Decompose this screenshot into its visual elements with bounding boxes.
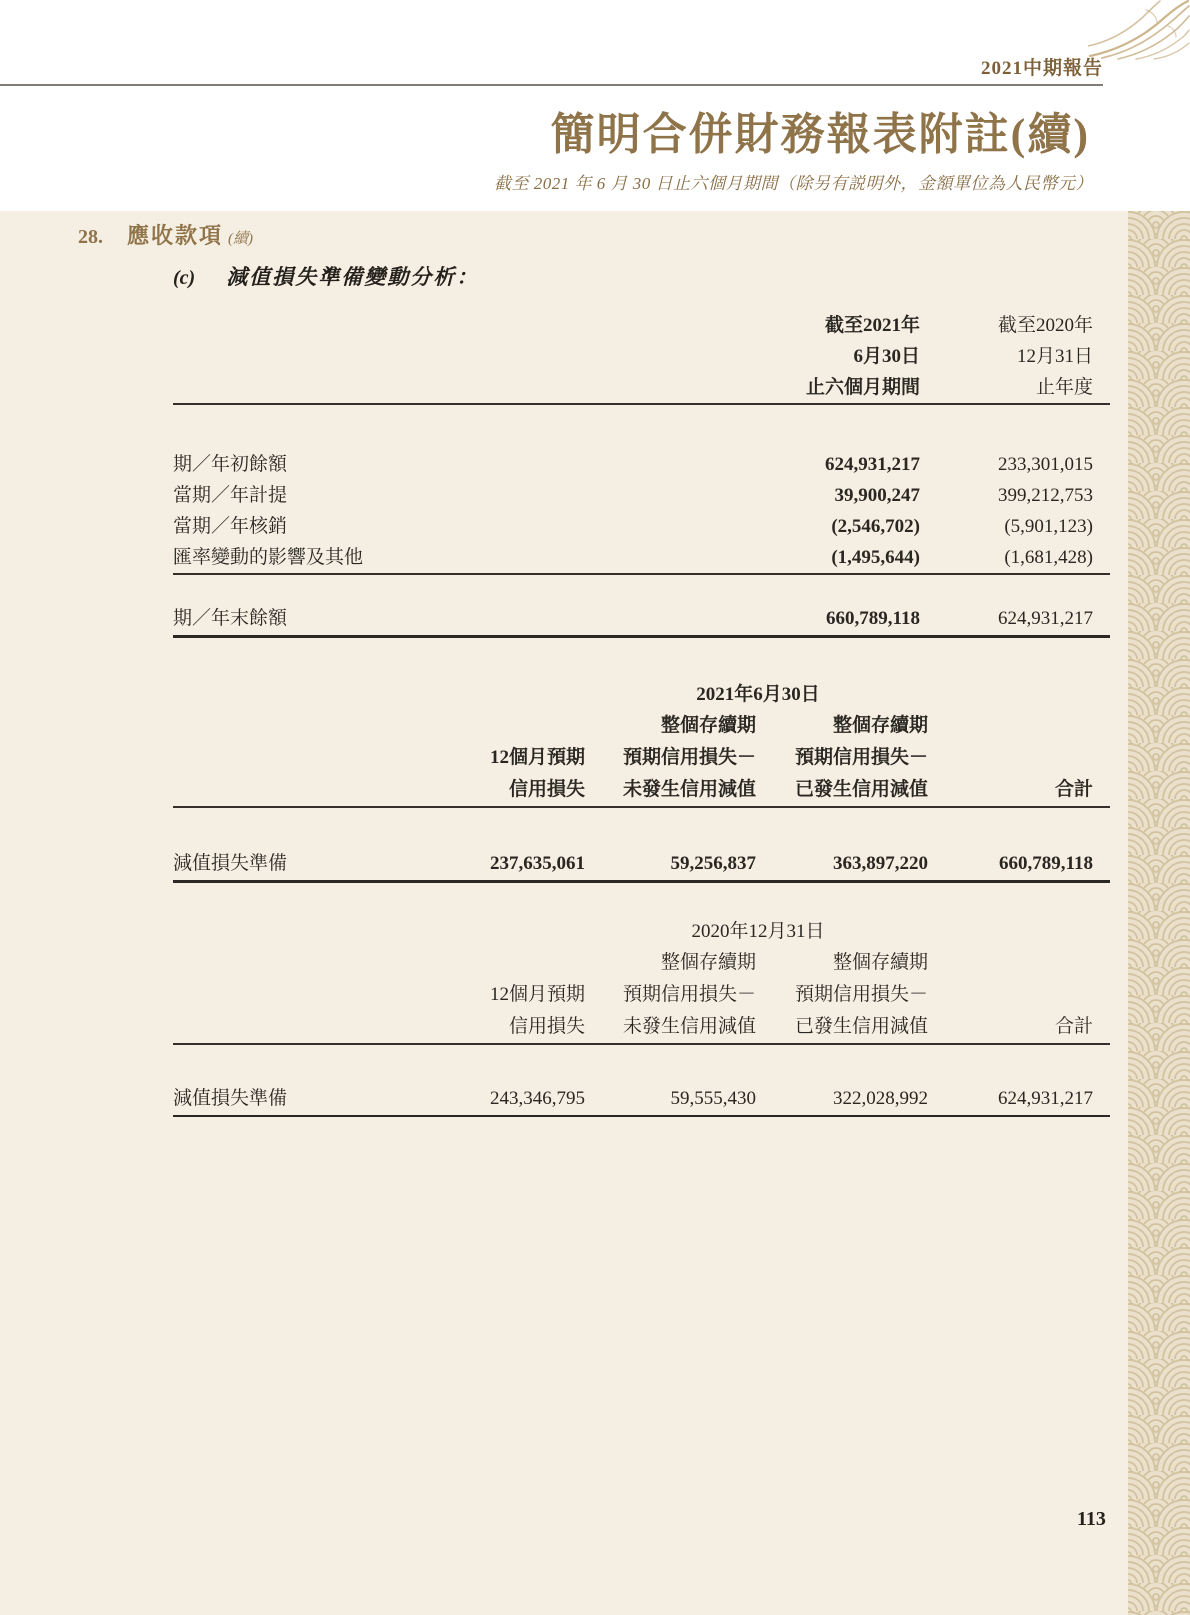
total-column-header: 合計: [928, 774, 1093, 806]
stage2-header-line2: 未發生信用減值: [585, 1011, 756, 1043]
subsection-label: (c): [173, 267, 195, 290]
total-row: 期／年末餘額 660,789,118 624,931,217: [173, 602, 1110, 635]
ecl-2020-header: 整個存續期 整個存續期 12個月預期 預期信用損失－ 預期信用損失－ 信用損失 …: [173, 947, 1110, 1045]
value-2020: (5,901,123): [920, 511, 1093, 542]
total-value: 660,789,118: [928, 848, 1093, 880]
value-2021: 39,900,247: [573, 480, 920, 511]
header-row: 12個月預期 預期信用損失－ 預期信用損失－: [173, 742, 1110, 774]
stage1-header-line1: 12個月預期: [413, 979, 585, 1011]
row-label: 減值損失準備: [173, 1083, 413, 1115]
table-row: 期／年初餘額 624,931,217 233,301,015: [173, 449, 1110, 480]
header-row: 整個存續期 整個存續期: [173, 710, 1110, 742]
header-row: 截至2021年 截至2020年: [173, 310, 1110, 341]
value-2020: (1,681,428): [920, 542, 1093, 573]
movement-table: 截至2021年 截至2020年 6月30日 12月31日 止六個月期間 止年度 …: [173, 310, 1110, 638]
total-value: 624,931,217: [928, 1083, 1093, 1115]
stage1-header-line2: 信用損失: [413, 774, 585, 806]
stage2-value: 59,555,430: [585, 1083, 756, 1115]
ecl-2021-header: 整個存續期 整個存續期 12個月預期 預期信用損失－ 預期信用損失－ 信用損失 …: [173, 710, 1110, 808]
row-label: 當期／年核銷: [173, 511, 573, 542]
section-continued-label: (續): [228, 227, 253, 248]
stage3-header-line2: 已發生信用減值: [756, 774, 928, 806]
page-number: 113: [1077, 1508, 1106, 1531]
header-row: 整個存續期 整個存續期: [173, 947, 1110, 979]
header-row: 信用損失 未發生信用減值 已發生信用減值 合計: [173, 1011, 1110, 1043]
total-column-header: 合計: [928, 1011, 1093, 1043]
col-2021-header-line3: 止六個月期間: [573, 372, 920, 403]
stage3-value: 363,897,220: [756, 848, 928, 880]
header-row: 6月30日 12月31日: [173, 341, 1110, 372]
subsection-title: 減值損失準備變動分析：: [226, 261, 479, 291]
value-2021: (2,546,702): [573, 511, 920, 542]
col-2020-header-line1: 截至2020年: [920, 310, 1093, 341]
stage3-header-line2: 已發生信用減值: [756, 1011, 928, 1043]
table-row: 減值損失準備 237,635,061 59,256,837 363,897,22…: [173, 848, 1110, 880]
report-page: 2021中期報告 簡明合併財務報表附註(續) 截至 2021 年 6 月 30 …: [0, 0, 1190, 1615]
row-label: 期／年初餘額: [173, 449, 573, 480]
ecl-2020-body: 減值損失準備 243,346,795 59,555,430 322,028,99…: [173, 1083, 1110, 1117]
table-row: 匯率變動的影響及其他 (1,495,644) (1,681,428): [173, 542, 1110, 573]
stage1-value: 243,346,795: [413, 1083, 585, 1115]
page-subtitle: 截至 2021 年 6 月 30 日止六個月期間（除另有説明外，金額單位為人民幣…: [494, 169, 1093, 194]
wave-motif-icon: [1088, 0, 1190, 60]
row-label: 當期／年計提: [173, 480, 573, 511]
total-2021: 660,789,118: [573, 602, 920, 635]
movement-table-body: 期／年初餘額 624,931,217 233,301,015 當期／年計提 39…: [173, 449, 1110, 575]
stage1-header-line1: 12個月預期: [413, 742, 585, 774]
value-2021: 624,931,217: [573, 449, 920, 480]
table-row: 當期／年計提 39,900,247 399,212,753: [173, 480, 1110, 511]
ecl-table-2021: 2021年6月30日 整個存續期 整個存續期 12個月預期 預期信用損失－ 預期…: [173, 680, 1110, 883]
report-edition-label: 2021中期報告: [981, 53, 1103, 80]
stage3-header-line1: 預期信用損失－: [756, 742, 928, 774]
value-2020: 399,212,753: [920, 480, 1093, 511]
page-title: 簡明合併財務報表附註(續): [551, 98, 1090, 162]
movement-table-header: 截至2021年 截至2020年 6月30日 12月31日 止六個月期間 止年度: [173, 310, 1110, 405]
stage2-header-line1: 預期信用損失－: [585, 742, 756, 774]
row-label: 減值損失準備: [173, 848, 413, 880]
stage1-header-line2: 信用損失: [413, 1011, 585, 1043]
col-2021-header-line2: 6月30日: [573, 341, 920, 372]
seigaiha-pattern-strip: [1128, 211, 1190, 1615]
ecl-table-2020: 2020年12月31日 整個存續期 整個存續期 12個月預期 預期信用損失－ 預…: [173, 917, 1110, 1117]
header-row: 止六個月期間 止年度: [173, 372, 1110, 403]
col-2020-header-line2: 12月31日: [920, 341, 1093, 372]
movement-table-total: 期／年末餘額 660,789,118 624,931,217: [173, 602, 1110, 638]
lifetime-label: 整個存續期: [585, 710, 756, 742]
stage1-value: 237,635,061: [413, 848, 585, 880]
value-2021: (1,495,644): [573, 542, 920, 573]
ecl-2021-body: 減值損失準備 237,635,061 59,256,837 363,897,22…: [173, 848, 1110, 883]
row-label: 匯率變動的影響及其他: [173, 542, 573, 573]
header-divider: [0, 84, 1103, 86]
lifetime-label: 整個存續期: [756, 947, 928, 979]
section-heading: 28. 應收款項 (續): [78, 219, 253, 250]
ecl-2020-date-header: 2020年12月31日: [418, 917, 1098, 947]
stage2-header-line2: 未發生信用減值: [585, 774, 756, 806]
lifetime-label: 整個存續期: [585, 947, 756, 979]
header-row: 12個月預期 預期信用損失－ 預期信用損失－: [173, 979, 1110, 1011]
ecl-2021-date-header: 2021年6月30日: [418, 680, 1098, 710]
value-2020: 233,301,015: [920, 449, 1093, 480]
table-row: 減值損失準備 243,346,795 59,555,430 322,028,99…: [173, 1083, 1110, 1115]
total-2020: 624,931,217: [920, 602, 1093, 635]
stage2-value: 59,256,837: [585, 848, 756, 880]
header-row: 信用損失 未發生信用減值 已發生信用減值 合計: [173, 774, 1110, 806]
section-number: 28.: [78, 226, 103, 249]
col-2021-header-line1: 截至2021年: [573, 310, 920, 341]
section-title: 應收款項: [127, 219, 223, 250]
lifetime-label: 整個存續期: [756, 710, 928, 742]
stage3-header-line1: 預期信用損失－: [756, 979, 928, 1011]
stage2-header-line1: 預期信用損失－: [585, 979, 756, 1011]
subsection-heading: (c) 減值損失準備變動分析：: [173, 261, 479, 291]
col-2020-header-line3: 止年度: [920, 372, 1093, 403]
table-row: 當期／年核銷 (2,546,702) (5,901,123): [173, 511, 1110, 542]
stage3-value: 322,028,992: [756, 1083, 928, 1115]
total-label: 期／年末餘額: [173, 602, 573, 635]
